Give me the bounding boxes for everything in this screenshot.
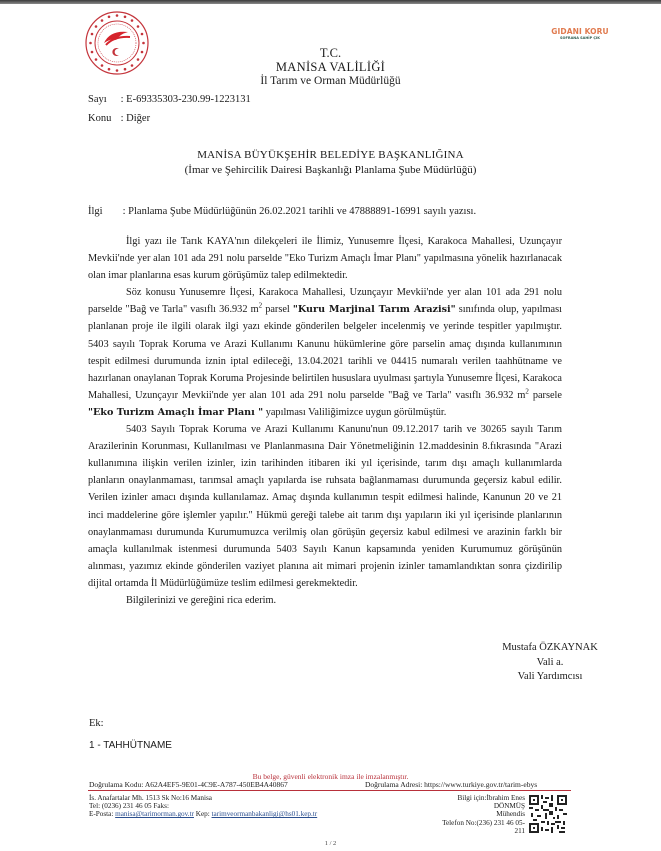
sayi-label: Sayı: [88, 93, 118, 106]
qr-code-icon: [529, 795, 567, 833]
document-page: GIDANI KORU SOFRANA SAHİP ÇIK T.C. MANİS…: [0, 0, 661, 851]
footer-email-row: E-Posta: manisa@tarimorman.gov.tr Kep: t…: [89, 810, 317, 818]
verification-address: Doğrulama Adresi: https://www.turkiye.go…: [365, 780, 537, 789]
kep-label: Kep:: [194, 810, 212, 818]
contact-line-3: Mühendis: [400, 810, 525, 818]
konu-row: Konu : Diğer: [88, 112, 150, 125]
email-link[interactable]: manisa@tarimorman.gov.tr: [115, 810, 194, 818]
konu-value: : Diğer: [121, 113, 150, 124]
contact-line-5: 211: [400, 827, 525, 835]
contact-line-1: Bilgi için:İbrahim Enes: [400, 794, 525, 802]
footer-address-block: İs. Anafartalar Mh. 1513 Sk No:16 Manisa…: [89, 794, 317, 819]
signature-block: Mustafa ÖZKAYNAK Vali a. Vali Yardımcısı: [470, 641, 630, 685]
verification-code: Doğrulama Kodu: A62A4EF5-9E01-4C9E-A787-…: [89, 780, 288, 789]
konu-label: Konu: [88, 112, 118, 125]
p2-bold-plan-name: "Eko Turizm Amaçlı İmar Planı ": [88, 407, 263, 418]
ilgi-row: İlgi : Planlama Şube Müdürlüğünün 26.02.…: [88, 205, 476, 218]
addressee-title: MANİSA BÜYÜKŞEHİR BELEDİYE BAŞKANLIĞINA: [0, 148, 661, 162]
header-directorate: İl Tarım ve Orman Müdürlüğü: [0, 74, 661, 88]
p2-text-d: parsele: [529, 390, 562, 401]
gidani-koru-logo: GIDANI KORU SOFRANA SAHİP ÇIK: [545, 27, 615, 41]
paragraph-3: 5403 Sayılı Toprak Koruma ve Arazi Kulla…: [88, 421, 562, 592]
contact-line-2: DÖNMÜŞ: [400, 802, 525, 810]
kep-link[interactable]: tarimveormanbakanligi@hs01.kep.tr: [212, 810, 318, 818]
ilgi-value: : Planlama Şube Müdürlüğünün 26.02.2021 …: [123, 206, 476, 217]
p2-text-e: yapılması Valiliğimizce uygun görülmüştü…: [263, 407, 446, 418]
ilgi-label: İlgi: [88, 205, 120, 218]
paragraph-2: Söz konusu Yunusemre İlçesi, Karakoca Ma…: [88, 284, 562, 421]
attachment-item: 1 - TAHHÜTNAME: [89, 739, 172, 752]
contact-info: Bilgi için:İbrahim Enes DÖNMÜŞ Mühendis …: [400, 794, 525, 835]
logo-tagline: SOFRANA SAHİP ÇIK: [545, 36, 615, 41]
paragraph-1: İlgi yazı ile Tarık KAYA'nın dilekçeleri…: [88, 233, 562, 284]
p2-bold-land-class: "Kuru Marjinal Tarım Arazisi": [293, 304, 456, 315]
signer-title: Vali Yardımcısı: [470, 670, 630, 685]
email-label: E-Posta:: [89, 810, 115, 818]
addressee-department: (İmar ve Şehircilik Dairesi Başkanlığı P…: [0, 163, 661, 177]
p2-text-b: parsel: [262, 304, 293, 315]
p2-text-c: sınıfında olup, yapılması planlanan proj…: [88, 304, 562, 400]
letter-body: İlgi yazı ile Tarık KAYA'nın dilekçeleri…: [88, 233, 562, 609]
attachments-label: Ek:: [89, 717, 104, 730]
header-governorship: MANİSA VALİLİĞİ: [0, 60, 661, 74]
header-tc: T.C.: [0, 46, 661, 60]
contact-line-4: Telefon No:(236) 231 46 05-: [400, 819, 525, 827]
logo-brand-text: GIDANI KORU: [545, 27, 615, 36]
sayi-value: : E-69335303-230.99-1223131: [121, 94, 251, 105]
paragraph-4: Bilgilerinizi ve gereğini rica ederim.: [88, 592, 562, 609]
signer-name: Mustafa ÖZKAYNAK: [470, 641, 630, 656]
footer-address: İs. Anafartalar Mh. 1513 Sk No:16 Manisa: [89, 794, 317, 802]
signer-on-behalf: Vali a.: [470, 656, 630, 671]
footer-divider: [88, 790, 571, 791]
sayi-row: Sayı : E-69335303-230.99-1223131: [88, 93, 251, 106]
page-number: 1 / 2: [0, 840, 661, 847]
footer-phone: Tel: (0236) 231 46 05 Faks:: [89, 802, 317, 810]
